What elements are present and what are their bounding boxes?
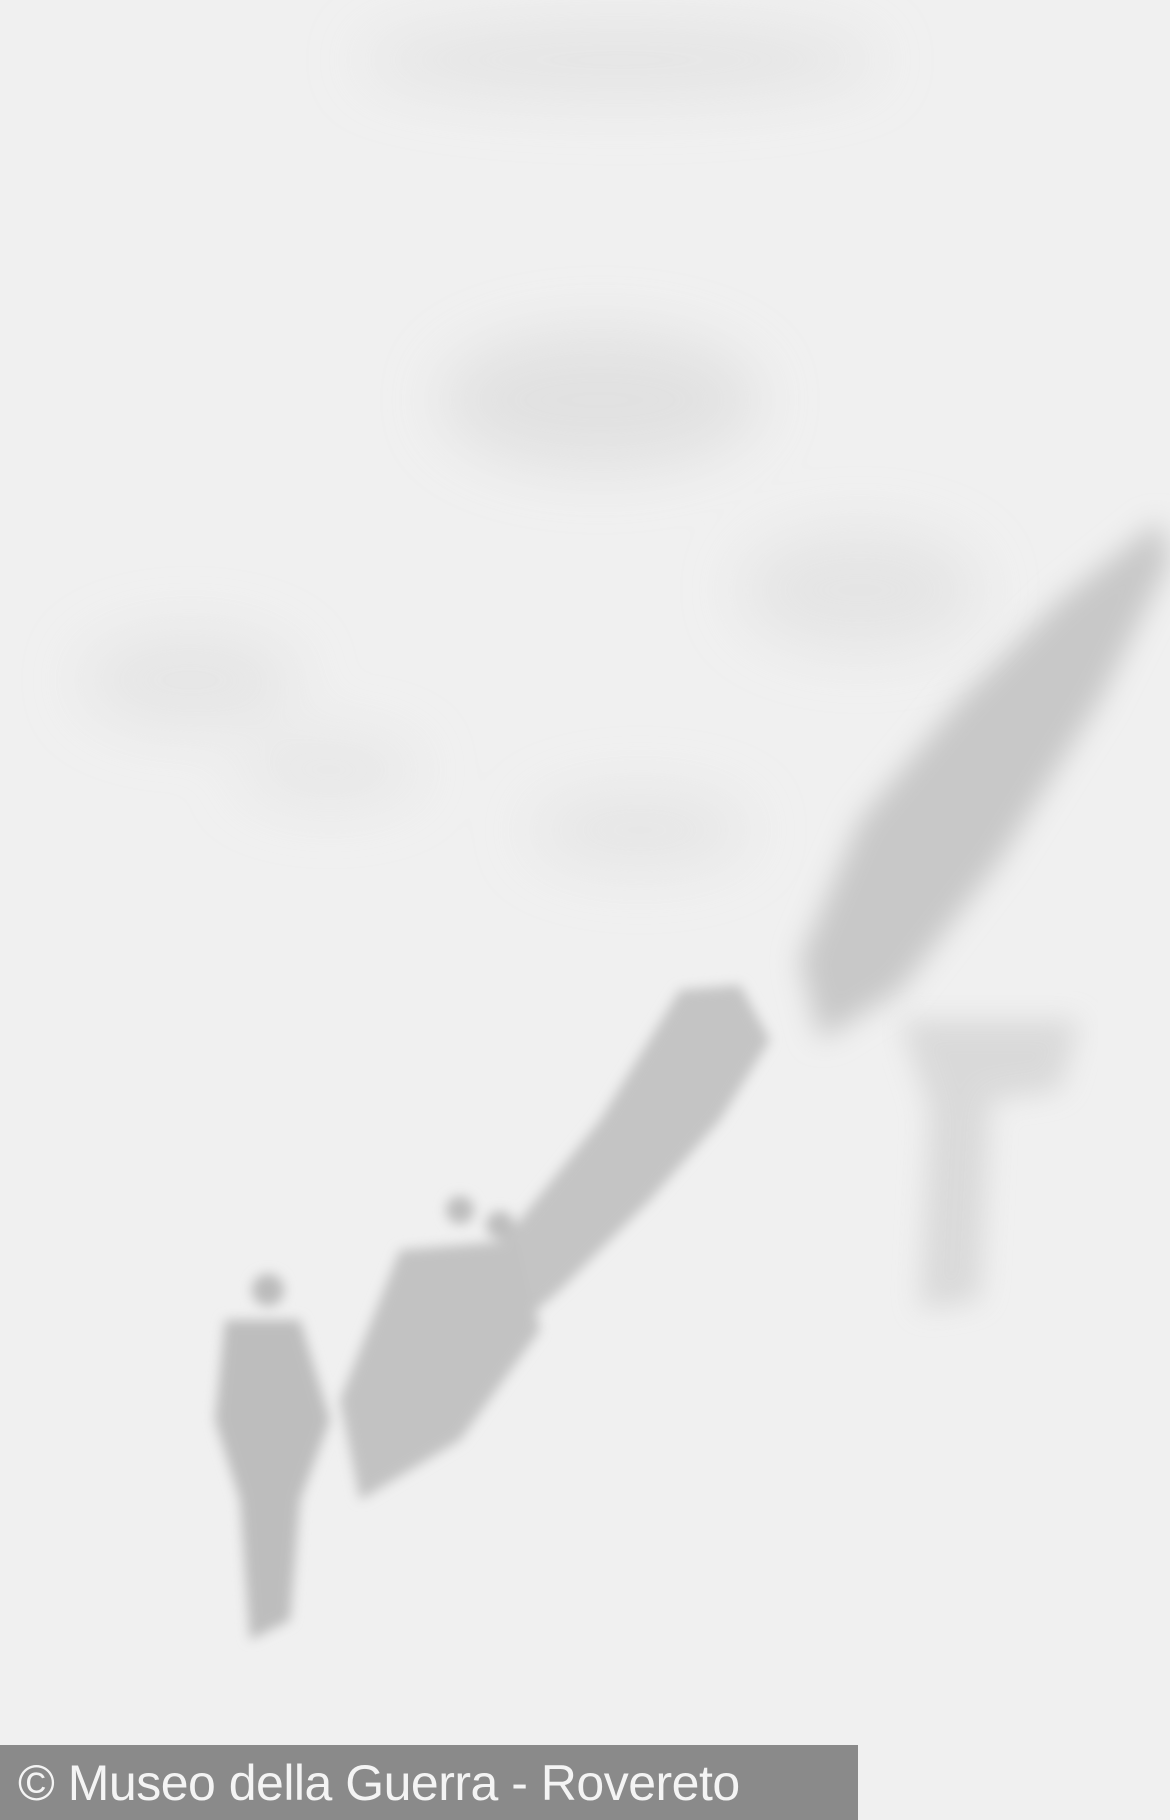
- soldiers-group: [215, 985, 770, 1640]
- distant-figure: [900, 1020, 1080, 1310]
- historical-photo: © Museo della Guerra - Rovereto: [0, 0, 1170, 1820]
- photo-scene: [0, 0, 1170, 1820]
- rock-texture: [80, 20, 980, 870]
- copyright-caption: © Museo della Guerra - Rovereto: [0, 1745, 858, 1820]
- caption-text: © Museo della Guerra - Rovereto: [18, 1754, 740, 1812]
